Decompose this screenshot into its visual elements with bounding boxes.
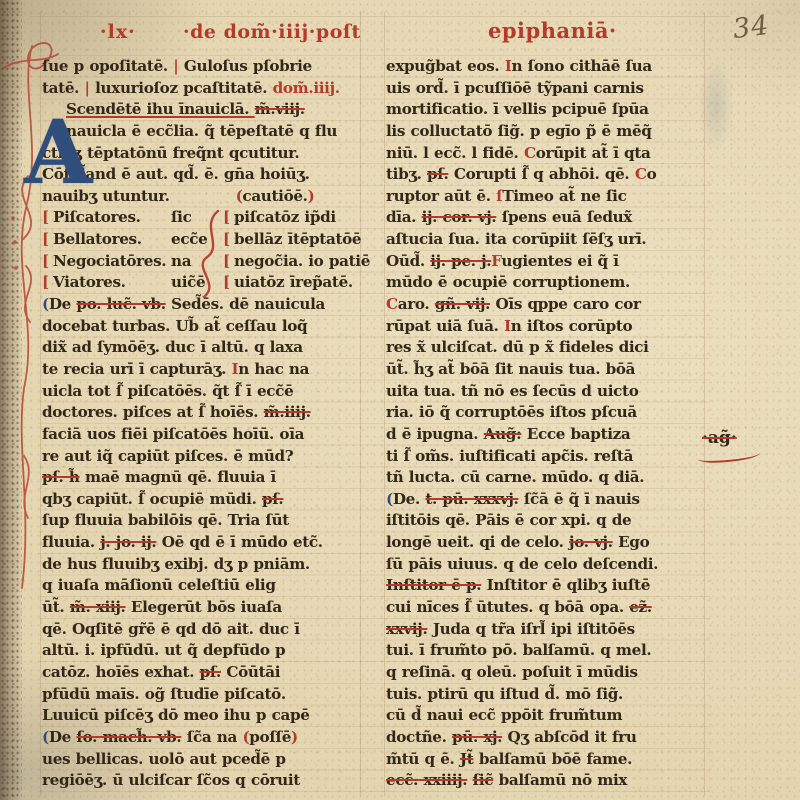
- text-segment: tatē.: [42, 79, 85, 97]
- manuscript-line: tui. ī frum̃to pō. balſamū. q mel.: [386, 640, 708, 662]
- text-segment: Piſcatores.: [53, 207, 171, 229]
- manuscript-line: fluuia. j. jo. ij. Oē qd ē ī mūdo etc̃.: [42, 532, 364, 554]
- manuscript-line: re aut iq̃ capiūt piſces. ē mūd?: [42, 446, 364, 468]
- text-segment: Qʒ abſcōd it fru: [502, 728, 636, 746]
- manuscript-line: ria. iō q̃ corruptōēs iſtos pſcuā: [386, 402, 708, 424]
- manuscript-line: Oūd̃. ij. pe. j.Fugientes ei q̃ ī: [386, 251, 708, 273]
- text-segment: pſ.: [427, 165, 448, 183]
- text-segment: C: [524, 144, 536, 162]
- text-segment: re aut iq̃ capiūt piſces. ē mūd?: [42, 447, 293, 465]
- text-segment: catōz. hoīēs exhat.: [42, 663, 200, 681]
- text-segment: orūpit at̃ ī qta: [536, 144, 651, 162]
- text-segment: poſſē: [249, 728, 291, 746]
- manuscript-line: doctores. piſces at ſ̃ hoīēs. m̃.iiij.: [42, 402, 364, 424]
- manuscript-line: tñ lucta. cū carne. mūdo. q diā.: [386, 467, 708, 489]
- text-segment: qē. Oqſitē gr̃ē ē qd dō ait. duc ī: [42, 620, 300, 638]
- text-segment: uis ord̃. ī pcuſſiōē tỹpani carnis: [386, 79, 644, 97]
- manuscript-line: [Piſcatores.ſic[piſcatōz ip̃di: [42, 207, 364, 229]
- text-segment: Oē qd ē ī mūdo etc̃.: [156, 533, 322, 551]
- text-segment: De: [49, 295, 77, 313]
- manuscript-line: faciā uos fiēi piſcatōēs hoīū. oīa: [42, 424, 364, 446]
- manuscript-line: niū. l ecc̃. l fidē. Corūpit at̃ ī qta: [386, 143, 708, 165]
- manuscript-line: te recia urī ī capturāʒ. In hac na: [42, 359, 364, 381]
- text-segment: balſamū nō mix: [493, 771, 627, 789]
- manuscript-line: cui nīces ſ̃ ūtutes. q bōā opa. ez̃.: [386, 597, 708, 619]
- text-segment: iſtitōis qē. Pāis ē cor xpi. q de: [386, 511, 631, 529]
- text-segment: res x̃ ulciſcat. dū p x̃ fideles dici: [386, 338, 649, 356]
- text-segment: cū d̃ naui ecc̃ ppōit frum̃tum: [386, 706, 622, 724]
- text-segment: negoc̃ia. io patiē: [234, 252, 370, 270]
- text-segment: Luuicū piſcēʒ dō meo ihu p capē: [42, 706, 310, 724]
- text-segment: ): [291, 728, 298, 746]
- manuscript-line: [Bellatores.ecc̃e[bellāz ītēptatōē: [42, 229, 364, 251]
- text-segment: piſcatōz ip̃di: [234, 208, 336, 226]
- manuscript-line: mūdo ē ocupiē corruptionem.: [386, 272, 708, 294]
- text-segment: j. jo. ij.: [100, 533, 156, 551]
- manuscript-line: (De ſo. mach̃. vb. ſc̃a na (poſſē): [42, 727, 364, 749]
- text-segment: ſup fluuia babilōis qē. Tria ſūt: [42, 511, 289, 529]
- manuscript-line: altū. i. ipfūdū. ut q̃ depfūdo p: [42, 640, 364, 662]
- text-segment: ues bellicas. uolō aut pced̃ē p: [42, 750, 286, 768]
- manuscript-line: tuis. ptirū qu iſtud d̃. mō ſig̃.: [386, 684, 708, 706]
- text-segment: balſamū bōē fame.: [473, 750, 632, 768]
- text-segment: (: [386, 490, 393, 508]
- text-segment: altū. i. ipfūdū. ut q̃ depfūdo p: [42, 641, 285, 659]
- text-segment: q reſinā. q oleū. poſuit ī mūdis: [386, 663, 638, 681]
- text-segment: C: [635, 165, 647, 183]
- text-segment: te recia urī ī capturāʒ.: [42, 360, 232, 378]
- manuscript-line: ecc̃. xxiiij. ſic̃ balſamū nō mix: [386, 770, 708, 792]
- text-segment: mortificatio. ī vellis pcipuē ſpūa: [386, 100, 649, 118]
- text-segment: dom̃.iiij.: [273, 79, 340, 97]
- manuscript-line: tatē. | luxurioſoz pcaſtitatē. dom̃.iiij…: [42, 78, 364, 100]
- text-segment: ez̃.: [629, 598, 652, 616]
- manuscript-line: dīa. ij. cor. vj. ſpens euā ſedux̃: [386, 207, 708, 229]
- text-segment: m̃tū q ē.: [386, 750, 460, 768]
- text-segment: uic̃ē: [171, 272, 223, 294]
- text-segment: ): [308, 187, 315, 205]
- text-segment: Aug̃:: [484, 425, 522, 443]
- text-segment: uita tua. tñ nō es ſecūs d uicto: [386, 382, 638, 400]
- text-segment: Juda q tr̃a iſrl̃ ipi iſtitōēs: [427, 620, 634, 638]
- text-segment: pū. xj.: [452, 728, 502, 746]
- text-segment: ūt̃.: [42, 598, 70, 616]
- running-header: ·lx· ·de dom̃·iiij·poſt epiphaniā·: [0, 18, 800, 52]
- text-segment: ſū pāis uiuus. q de celo deſcendi.: [386, 555, 658, 573]
- text-segment: Elegerūt bōs iuaſa: [125, 598, 281, 616]
- text-segment: Corupti ſ̃ q abhōi. qē.: [448, 165, 634, 183]
- text-segment: longē ueit. qi de celo.: [386, 533, 569, 551]
- manuscript-line: docebat turbas. Ub̃ at̃ ceſſau loq̃: [42, 316, 364, 338]
- manuscript-line: m̃tū q ē. Jt̃ balſamū bōē fame.: [386, 749, 708, 771]
- initial-capital-A: A: [24, 108, 92, 196]
- text-segment: maē magnū qē. fluuia ī: [80, 468, 276, 486]
- text-segment: cui nīces ſ̃ ūtutes. q bōā opa.: [386, 598, 629, 616]
- text-segment: I: [504, 317, 511, 335]
- text-segment: ecc̃. xxiiij.: [386, 771, 467, 789]
- text-segment: expug̃bat eos.: [386, 57, 505, 75]
- manuscript-line: ūt̃. m̃. xiij. Elegerūt bōs iuaſa: [42, 597, 364, 619]
- text-segment: n ſono cithāē ſua: [512, 57, 652, 75]
- text-segment: [: [42, 272, 53, 294]
- manuscript-line: Inſtitor ē p. Inſtitor ē qlibʒ iuſtē: [386, 575, 708, 597]
- text-segment: qbʒ capiūt. ſ̃ ocupiē mūdi.: [42, 490, 262, 508]
- manuscript-line: lis colluctatō ſig̃. p egīo p̃ ē mēq̃: [386, 121, 708, 143]
- text-segment: aro.: [398, 295, 435, 313]
- text-segment: regiōēʒ. ū ulciſcar ſc̃os q cōruit: [42, 771, 300, 789]
- manuscript-line: qbʒ capiūt. ſ̃ ocupiē mūdi. pſ.: [42, 489, 364, 511]
- text-segment: ecc̃e: [171, 229, 223, 251]
- manuscript-line: expug̃bat eos. In ſono cithāē ſua: [386, 56, 708, 78]
- manuscript-line: ſue p opoſitatē. | Guloſus pſobrie: [42, 56, 364, 78]
- text-segment: pſ.: [262, 490, 283, 508]
- text-segment: [: [42, 251, 53, 273]
- text-segment: ij. cor. vj.: [422, 208, 497, 226]
- manuscript-line: q iuaſa māſionū celeſtiū elig: [42, 575, 364, 597]
- margin-note: ·ag̃·: [702, 428, 737, 448]
- text-segment: q iuaſa māſionū celeſtiū elig: [42, 576, 276, 594]
- text-segment: aſtucia ſua. ita corūpiit ſēſʒ urī.: [386, 230, 646, 248]
- text-segment: [: [223, 207, 234, 229]
- text-segment: Jt̃: [460, 750, 474, 768]
- manuscript-line: ſū pāis uiuus. q de celo deſcendi.: [386, 554, 708, 576]
- text-segment: Guloſus pſobrie: [178, 57, 311, 75]
- text-segment: Oūd̃.: [386, 252, 430, 270]
- manuscript-line: [Viatores.uic̃ē[uiatōz īrep̃atē.: [42, 272, 364, 294]
- manuscript-line: cū d̃ naui ecc̃ ppōit frum̃tum: [386, 705, 708, 727]
- text-segment: Oīs qppe caro cor: [490, 295, 641, 313]
- text-segment: I: [505, 57, 512, 75]
- text-segment: Ecce baptiza: [521, 425, 630, 443]
- ruling-horizontal-line: [30, 16, 730, 17]
- manuscript-line: (De. t. pū. xxxvj. ſc̃ā ē q̃ ī nauis: [386, 489, 708, 511]
- text-segment: niū. l ecc̃. l fidē.: [386, 144, 524, 162]
- manuscript-line: doctñe. pū. xj. Qʒ abſcōd it fru: [386, 727, 708, 749]
- text-segment: Sed̃ēs. dē nauicula: [166, 295, 325, 313]
- manuscript-line: (De po. luc̃. vb. Sed̃ēs. dē nauicula: [42, 294, 364, 316]
- manuscript-line: uis ord̃. ī pcuſſiōē tỹpani carnis: [386, 78, 708, 100]
- header-title-right: epiphaniā·: [488, 18, 617, 43]
- text-segment: De: [49, 728, 77, 746]
- text-segment: ſpens euā ſedux̃: [496, 208, 632, 226]
- text-segment: gñ. vij.: [435, 295, 490, 313]
- manuscript-line: rūpat uiā ſuā. In iſtos corūpto: [386, 316, 708, 338]
- manuscript-line: Luuicū piſcēʒ dō meo ihu p capē: [42, 705, 364, 727]
- text-segment: Inſtitor ē p.: [386, 576, 481, 594]
- text-segment: ſc̃ā ē q̃ ī nauis: [518, 490, 639, 508]
- text-segment: tibʒ.: [386, 165, 427, 183]
- text-segment: d ē ipugna.: [386, 425, 484, 443]
- manuscript-line: ſup fluuia babilōis qē. Tria ſūt: [42, 510, 364, 532]
- text-segment: [: [223, 229, 234, 251]
- text-segment: faciā uos fiēi piſcatōēs hoīū. oīa: [42, 425, 304, 443]
- manuscript-line: pfūdū maīs. og̃ ſtudīe piſcatō.: [42, 684, 364, 706]
- text-segment: ij. pe. j.: [430, 252, 491, 270]
- manuscript-line: Caro. gñ. vij. Oīs qppe caro cor: [386, 294, 708, 316]
- text-segment: Negociatōres.: [53, 251, 171, 273]
- text-segment: m̃.viij.: [255, 100, 305, 118]
- text-segment: ūt̃. h̃ʒ at̃ bōā ſit nauis tua. bōā: [386, 360, 635, 378]
- text-segment: ria. iō q̃ corruptōēs iſtos pſcuā: [386, 403, 637, 421]
- manuscript-line: ruptor aūt ē. ſTimeo at̃ ne ſic: [386, 186, 708, 208]
- text-segment: [: [42, 207, 53, 229]
- text-segment: Viatores.: [53, 272, 171, 294]
- text-segment: dix̃ ad ſymōēʒ. duc ī altū. q laxa: [42, 338, 303, 356]
- page-edge-shading: [0, 0, 22, 800]
- text-segment: m̃. xiij.: [70, 598, 126, 616]
- manuscript-line: res x̃ ulciſcat. dū p x̃ fideles dici: [386, 337, 708, 359]
- text-segment: ugientes ei q̃ ī: [501, 252, 618, 270]
- text-segment: n iſtos corūpto: [511, 317, 633, 335]
- text-segment: ſc̃a na: [181, 728, 242, 746]
- manuscript-line: tibʒ. pſ. Corupti ſ̃ q abhōi. qē. Co: [386, 164, 708, 186]
- text-segment: po. luc̃. vb.: [76, 295, 165, 313]
- manuscript-page: ·lx· ·de dom̃·iiij·poſt epiphaniā· 34 A …: [0, 0, 800, 800]
- text-segment: ſue p opoſitatē.: [42, 57, 173, 75]
- manuscript-line: de hus fluuibʒ exibj. dʒ p pniām.: [42, 554, 364, 576]
- text-segment: ruptor aūt ē.: [386, 187, 496, 205]
- text-segment: jo. vj.: [569, 533, 613, 551]
- manuscript-line: regiōēʒ. ū ulciſcar ſc̃os q cōruit: [42, 770, 364, 792]
- text-segment: na: [171, 251, 223, 273]
- manuscript-line: ūt̃. h̃ʒ at̃ bōā ſit nauis tua. bōā: [386, 359, 708, 381]
- text-segment: uiatōz īrep̃atē.: [234, 273, 353, 291]
- header-title-left: ·de dom̃·iiij·poſt: [183, 21, 361, 43]
- text-segment: F: [491, 252, 501, 270]
- text-segment: De.: [393, 490, 426, 508]
- text-segment: cautiōē.: [242, 187, 307, 205]
- text-segment: ſo. mach̃. vb.: [76, 728, 181, 746]
- text-segment: rūpat uiā ſuā.: [386, 317, 504, 335]
- manuscript-line: q reſinā. q oleū. poſuit ī mūdis: [386, 662, 708, 684]
- text-segment: tui. ī frum̃to pō. balſamū. q mel.: [386, 641, 651, 659]
- text-segment: Timeo at̃ ne ſic: [502, 187, 626, 205]
- manuscript-line: longē ueit. qi de celo. jo. vj. Ego: [386, 532, 708, 554]
- text-segment: n hac na: [238, 360, 309, 378]
- text-segment: uicla tot ſ̃ piſcatōēs. q̃t ſ̃ ī ecc̃ē: [42, 382, 293, 400]
- text-segment: nauicla ē ecc̃lia. q̃ tēpeſtatē q flu: [66, 122, 337, 140]
- text-segment: luxurioſoz pcaſtitatē.: [90, 79, 273, 97]
- text-segment: ti ſ̃ om̃s. iuſtificati apc̃is. reſtā: [386, 447, 633, 465]
- manuscript-line: aſtucia ſua. ita corūpiit ſēſʒ urī.: [386, 229, 708, 251]
- text-segment: Inſtitor ē qlibʒ iuſtē: [481, 576, 650, 594]
- text-segment: C: [386, 295, 398, 313]
- text-segment: m̃.iiij.: [264, 403, 311, 421]
- text-segment: tuis. ptirū qu iſtud d̃. mō ſig̃.: [386, 685, 623, 703]
- manuscript-line: mortificatio. ī vellis pcipuē ſpūa: [386, 99, 708, 121]
- text-segment: ſic: [171, 207, 223, 229]
- text-segment: docebat turbas. Ub̃ at̃ ceſſau loq̃: [42, 317, 307, 335]
- folio-number: 34: [731, 10, 771, 45]
- text-segment: ſic̃: [473, 771, 494, 789]
- manuscript-line: d ē ipugna. Aug̃: Ecce baptiza: [386, 424, 708, 446]
- text-segment: Bellatores.: [53, 229, 171, 251]
- text-segment: o: [647, 165, 657, 183]
- text-segment: dīa.: [386, 208, 422, 226]
- text-segment: lis colluctatō ſig̃. p egīo p̃ ē mēq̃: [386, 122, 652, 140]
- text-segment: t. pū. xxxvj.: [425, 490, 518, 508]
- manuscript-line: ti ſ̃ om̃s. iuſtificati apc̃is. reſtā: [386, 446, 708, 468]
- manuscript-line: xxvij. Juda q tr̃a iſrl̃ ipi iſtitōēs: [386, 619, 708, 641]
- manuscript-line: uicla tot ſ̃ piſcatōēs. q̃t ſ̃ ī ecc̃ē: [42, 381, 364, 403]
- text-column-right: expug̃bat eos. In ſono cithāē ſuauis ord…: [386, 56, 708, 792]
- text-segment: mūdo ē ocupiē corruptionem.: [386, 273, 630, 291]
- text-segment: doctñe.: [386, 728, 452, 746]
- manuscript-line: uita tua. tñ nō es ſecūs d uicto: [386, 381, 708, 403]
- manuscript-line: [Negociatōres.na[negoc̃ia. io patiē: [42, 251, 364, 273]
- manuscript-line: ues bellicas. uolō aut pced̃ē p: [42, 749, 364, 771]
- text-segment: pſ.: [200, 663, 221, 681]
- manuscript-line: dix̃ ad ſymōēʒ. duc ī altū. q laxa: [42, 337, 364, 359]
- text-segment: tñ lucta. cū carne. mūdo. q diā.: [386, 468, 644, 486]
- text-segment: pſ. h̃: [42, 468, 80, 486]
- manuscript-line: pſ. h̃ maē magnū qē. fluuia ī: [42, 467, 364, 489]
- text-segment: de hus fluuibʒ exibj. dʒ p pniām.: [42, 555, 310, 573]
- text-segment: xxvij.: [386, 620, 427, 638]
- text-segment: doctores. piſces at ſ̃ hoīēs.: [42, 403, 264, 421]
- ruling-vertical-line: [384, 12, 385, 796]
- text-segment: [: [42, 229, 53, 251]
- text-segment: Cōūtāi: [221, 663, 280, 681]
- text-segment: pfūdū maīs. og̃ ſtudīe piſcatō.: [42, 685, 286, 703]
- text-segment: bellāz ītēptatōē: [234, 230, 361, 248]
- manuscript-line: iſtitōis qē. Pāis ē cor xpi. q de: [386, 510, 708, 532]
- text-segment: fluuia.: [42, 533, 100, 551]
- text-segment: [: [223, 272, 234, 294]
- text-segment: (: [42, 728, 49, 746]
- text-segment: [: [223, 251, 234, 273]
- header-section-number: ·lx·: [100, 21, 136, 43]
- text-segment: Ego: [613, 533, 650, 551]
- text-segment: Scendētē ihu īnauiclā.: [66, 100, 255, 118]
- manuscript-line: catōz. hoīēs exhat. pſ. Cōūtāi: [42, 662, 364, 684]
- manuscript-line: qē. Oqſitē gr̃ē ē qd dō ait. duc ī: [42, 619, 364, 641]
- text-segment: (: [42, 295, 49, 313]
